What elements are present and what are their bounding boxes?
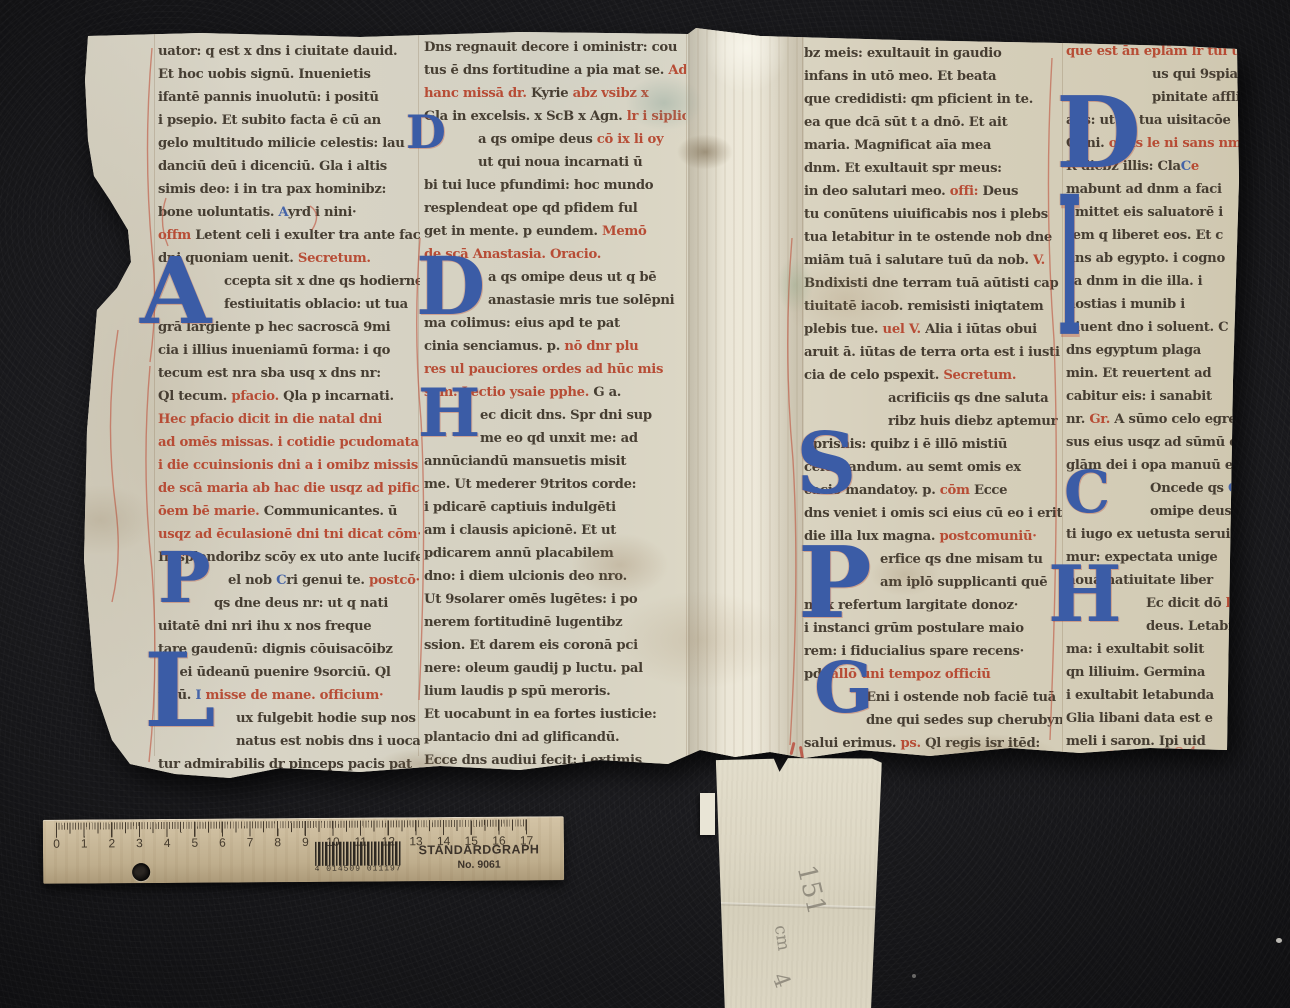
ruler-number: 8	[274, 835, 281, 849]
text-segment: me eo qd unxit me: ad	[480, 431, 638, 446]
manuscript-line: Glia libani data est e	[1066, 707, 1266, 730]
text-segment: us qui 9spias c	[1152, 67, 1257, 82]
manuscript-line: a qs omipe deus cō ix li oy	[424, 128, 686, 151]
manuscript-line: i psepio. Et subito facta ē cū an	[158, 109, 420, 132]
manuscript-line: ti iugo ex uetusta serui	[1066, 523, 1266, 546]
text-segment: tiuitatē iacob. remisisti iniqtatem	[804, 299, 1043, 314]
fold-gutter	[688, 28, 804, 762]
text-segment: sus eius usqz ad sūmū ei.	[1066, 435, 1251, 450]
text-segment: pfacio.	[231, 389, 283, 404]
text-segment: V.	[1251, 435, 1263, 450]
manuscript-line: i pdicarē captiuis indulgēti	[424, 496, 686, 519]
text-segment: simis deo: i in tra pax hominibz:	[158, 182, 386, 197]
text-segment: ti iugo ex uetusta serui	[1066, 527, 1230, 542]
text-segment: abz vsibz x	[573, 86, 649, 101]
manuscript-line: tu conūtens uiuificabis nos i plebs	[804, 203, 1062, 226]
text-segment: ri genui te.	[286, 573, 369, 588]
manuscript-line: cinia senciamus. p. nō dnr plu	[424, 335, 686, 358]
text-segment: i pdicarē captiuis indulgēti	[424, 500, 616, 515]
ruler-number: 3	[136, 836, 143, 850]
text-segment: bi tui luce pfundimi: hoc mundo	[424, 178, 653, 193]
text-segment: nere: oleum gaudij p luctu. pal	[424, 661, 643, 676]
barcode	[315, 841, 401, 866]
text-segment: que est ān eplām lr tui u	[1066, 44, 1241, 59]
text-segment: cōm	[940, 483, 974, 498]
text-segment: a qs omipe deus ut q bē	[488, 270, 656, 285]
text-segment: uiuent dno i soluent. C	[1066, 320, 1228, 335]
ruler-number: 7	[247, 835, 254, 849]
dust-speck	[912, 974, 916, 978]
manuscript-line: de scā maria ab hac die usqz ad pificat	[158, 477, 420, 500]
text-segment: V.	[1033, 253, 1045, 268]
text-segment: plantacio dni ad glificandū.	[424, 730, 619, 745]
text-segment: A	[278, 205, 287, 220]
manuscript-line: Ecce dns audiui fecit: i extimis	[424, 749, 686, 772]
manuscript-line: ut qui noua incarnati ū	[424, 151, 686, 174]
text-segment: Alia i iūtas obui	[925, 322, 1037, 337]
illuminated-initial: L	[144, 646, 216, 738]
manuscript-line: que credidisti: qm pficient in te.	[804, 88, 1062, 111]
text-segment: yrd i nini·	[288, 205, 357, 220]
text-segment: maria. Magnificat aīa mea	[804, 138, 991, 153]
column-ruling	[802, 34, 803, 756]
manuscript-line: nr. Gr. A sūmo celo egress	[1066, 408, 1266, 431]
text-segment: postcomuniū·	[939, 529, 1036, 544]
text-segment: e	[1191, 159, 1199, 174]
text-segment: natus est nobis dns i uocabi	[236, 734, 420, 749]
manuscript-line: acrificiis qs dne saluta	[804, 387, 1062, 410]
manuscript-line: am i clausis apicionē. Et ut	[424, 519, 686, 542]
manuscript-line: resplendeat ope qd pfidem ful	[424, 197, 686, 220]
illuminated-initial: A	[140, 250, 211, 333]
text-segment: acrificiis qs dne saluta	[888, 391, 1048, 406]
text-segment: C	[1181, 159, 1191, 174]
illuminated-initial: S	[796, 426, 857, 502]
manuscript-line: Dns regnauit decore i oministr: cou	[424, 36, 686, 59]
pencil-mark: 4	[767, 970, 795, 992]
manuscript-line: dns egyptum plaga	[1066, 339, 1266, 362]
text-segment: uel V.	[883, 322, 926, 337]
text-segment: uator: q est x dns i ciuitate dauid.	[158, 44, 397, 59]
text-segment: cinia senciamus. p.	[424, 339, 564, 354]
manuscript-line: infans in utō meo. Et beata	[804, 65, 1062, 88]
text-segment: Eni i ostende nob faciē tuā	[866, 690, 1056, 705]
text-segment: Hec pfacio dicit in die natal dni	[158, 412, 382, 427]
manuscript-line: i exultabit letabunda	[1066, 684, 1266, 707]
illuminated-initial: D	[406, 112, 446, 153]
text-segment: ma: i exultabit solit	[1066, 642, 1204, 657]
text-segment: ad omēs missas. i cotidie pcudomata	[158, 435, 419, 450]
text-segment: bz meis: exultauit in gaudio	[804, 46, 1001, 61]
manuscript-line: uiuent dno i soluent. C	[1066, 316, 1266, 339]
manuscript-line: tur admirabilis dr pinceps pacis pat	[158, 753, 420, 776]
text-segment: offi:	[950, 184, 983, 199]
text-segment: de scā maria ab hac die usqz ad pificat	[158, 481, 420, 496]
text-segment: C	[276, 573, 286, 588]
text-segment: tua letabitur in te ostende nob dne	[804, 230, 1052, 245]
text-segment: dne qui sedes sup cherubyn i	[866, 713, 1062, 728]
manuscript-line: Ql tecum. pfacio. Qla p incarnati.	[158, 385, 420, 408]
text-segment: ea que dcā sūt t a dnō. Et ait	[804, 115, 1007, 130]
text-segment: pinitate affligi	[1152, 90, 1254, 105]
ruler-number: 9	[302, 835, 309, 849]
illuminated-initial: I	[1058, 182, 1081, 355]
text-segment: el nob	[228, 573, 276, 588]
text-segment: cō ix li oy	[597, 132, 664, 147]
text-segment: in deo salutari meo.	[804, 184, 950, 199]
text-segment: ccepta sit x dne qs hodierne	[224, 274, 420, 289]
text-segment: Et hoc uobis signū. Inuenietis	[158, 67, 371, 82]
paper-tab	[700, 793, 715, 835]
manuscript-line: simis deo: i in tra pax hominibz:	[158, 178, 420, 201]
manuscript-line: gelo multitudo milicie celestis: lau	[158, 132, 420, 155]
text-segment: qn liliuim. Germina	[1066, 665, 1205, 680]
text-segment: postcō·	[369, 573, 420, 588]
manuscript-line: lium laudis p spū meroris.	[424, 680, 686, 703]
illuminated-initial: P	[798, 540, 872, 628]
text-segment: Gla in excelsis. x ScB x Agn.	[424, 109, 627, 124]
text-segment: hanc missā dr.	[424, 86, 531, 101]
text-segment: Ql tecum.	[158, 389, 231, 404]
manuscript-line: maria. Magnificat aīa mea	[804, 134, 1062, 157]
text-segment: ifantē pannis inuolutū: i positū	[158, 90, 379, 105]
text-segment: cia i illius inueniamū forma: i qo	[158, 343, 390, 358]
manuscript-line: uator: q est x dns i ciuitate dauid.	[158, 40, 420, 63]
ruler-number: 6	[219, 836, 226, 850]
text-segment: tecum est nra sba usq x dns nr:	[158, 366, 381, 381]
manuscript-line: plebis tue. uel V. Alia i iūtas obui	[804, 318, 1062, 341]
manuscript-line: dnm. Et exultauit spr meus:	[804, 157, 1062, 180]
text-segment: Gr.	[1089, 412, 1114, 427]
manuscript-line: ad omēs missas. i cotidie pcudomata	[158, 431, 420, 454]
manuscript-line: miām tuā i salutare tuū da nob. V.	[804, 249, 1062, 272]
manuscript-line: i die ccuinsionis dni a i omibz missis	[158, 454, 420, 477]
text-segment: aruit ā. iūtas de terra orta est i iusti	[804, 345, 1060, 360]
text-segment: misse de mane. officium·	[201, 688, 383, 703]
illuminated-initial: G	[814, 656, 874, 719]
text-segment: a qs omipe deus	[478, 132, 597, 147]
text-segment: get in mente. p eundem.	[424, 224, 602, 239]
text-segment: tus ē dns fortitudine a pia mat se.	[424, 63, 668, 78]
text-segment: Ad	[668, 63, 686, 78]
barcode-digits: 4 014509 011197	[307, 864, 409, 874]
text-segment: Secretum.	[943, 368, 1016, 383]
text-segment: pdicarem annū placabilem	[424, 546, 614, 561]
text-segment: ssion. Et darem eis coronā pci	[424, 638, 638, 653]
manuscript-line: in deo salutari meo. offi: Deus	[804, 180, 1062, 203]
text-segment: ut qui noua incarnati ū	[478, 155, 642, 170]
text-segment: dnm. Et exultauit spr meus:	[804, 161, 1002, 176]
text-segment: Et uocabunt in ea fortes iusticie:	[424, 707, 657, 722]
text-segment: G a.	[593, 385, 621, 400]
manuscript-line: cia de celo pspexit. Secretum.	[804, 364, 1062, 387]
manuscript-line: nere: oleum gaudij p luctu. pal	[424, 657, 686, 680]
manuscript-line: ma: i exultabit solit	[1066, 638, 1266, 661]
text-segment: am iplō supplicanti quē	[880, 575, 1047, 590]
text-segment: Deus	[983, 184, 1019, 199]
illuminated-initial: H	[418, 384, 480, 443]
text-segment: Secretum.	[298, 251, 371, 266]
illuminated-initial: P	[158, 546, 211, 609]
text-segment: rem q liberet eos. Et c	[1066, 228, 1223, 243]
text-segment: dno: i diem ulcionis deo nro.	[424, 569, 627, 584]
text-segment: Memō	[602, 224, 647, 239]
text-segment: Ecce dns audiui fecit: i extimis	[424, 753, 642, 768]
manuscript-line: bone uoluntatis. Ayrd i nini·	[158, 201, 420, 224]
manuscript-line: tus ē dns fortitudine a pia mat se. Ad	[424, 59, 686, 82]
photograph-stage: uator: q est x dns i ciuitate dauid.Et h…	[0, 0, 1290, 1008]
text-segment: i mittet eis saluatorē i	[1066, 205, 1223, 220]
illuminated-initial: H	[1048, 560, 1122, 630]
text-segment: miām tuā i salutare tuū da nob.	[804, 253, 1033, 268]
manuscript-line: min. Et reuertent ad	[1066, 362, 1266, 385]
manuscript-line: dns ab egypto. i cogno	[1066, 247, 1266, 270]
text-segment: festiuitatis oblacio: ut tua	[224, 297, 408, 312]
manuscript-line: Ut 9solarer omēs lugētes: i po	[424, 588, 686, 611]
text-segment: Bndixisti dne terram tuā aūtisti cap	[804, 276, 1058, 291]
text-segment: Co	[1228, 481, 1247, 496]
manuscript-line: Hec pfacio dicit in die natal dni	[158, 408, 420, 431]
text-segment: Qla p incarnati.	[283, 389, 394, 404]
text-segment: nerem fortitudinē lugentibz	[424, 615, 622, 630]
manuscript-line: Gla in excelsis. x ScB x Agn. lr i sipli…	[424, 105, 686, 128]
manuscript-line: ssion. Et darem eis coronā pci	[424, 634, 686, 657]
manuscript-line: me. Ut mederer 9tritos corde:	[424, 473, 686, 496]
text-segment: dns egyptum plaga	[1066, 343, 1201, 358]
manuscript-line: danciū deū i dicenciū. Gla i altis	[158, 155, 420, 178]
manuscript-line: ca dnm in die illa. i	[1066, 270, 1266, 293]
manuscript-line: tua letabitur in te ostende nob dne	[804, 226, 1062, 249]
ruler-number: 0	[53, 837, 60, 851]
text-segment: Letent celi i exulter tra ante facien	[195, 228, 420, 243]
text-segment: Kyrie	[531, 86, 573, 101]
manuscript-line: qn liliuim. Germina	[1066, 661, 1266, 684]
text-segment: Ut 9solarer omēs lugētes: i po	[424, 592, 637, 607]
text-segment: ps.	[900, 736, 925, 751]
manuscript-line: sus eius usqz ad sūmū ei. V.	[1066, 431, 1266, 454]
manuscript-line: hostias i munib i	[1066, 293, 1266, 316]
manuscript-line: annūciandū mansuetis misit	[424, 450, 686, 473]
text-segment: lr i siplici	[627, 109, 686, 124]
pencil-mark: 151	[791, 862, 832, 917]
manuscript-line: ōem bē marie. Communicantes. ū	[158, 500, 420, 523]
manuscript-line: tecum est nra sba usq x dns nr:	[158, 362, 420, 385]
text-segment: lium laudis p spū meroris.	[424, 684, 610, 699]
ruler-number: 2	[108, 836, 115, 850]
manuscript-line: que est ān eplām lr tui u	[1066, 40, 1266, 63]
manuscript-line: ifantē pannis inuolutū: i positū	[158, 86, 420, 109]
text-segment: ux fulgebit hodie sup nos qa	[236, 711, 420, 726]
text-segment: bone uoluntatis.	[158, 205, 278, 220]
ruler-number: 1	[81, 837, 88, 851]
text-segment: me. Ut mederer 9tritos corde:	[424, 477, 636, 492]
text-segment: gelo multitudo milicie celestis: lau	[158, 136, 405, 151]
ruler-number: 5	[191, 836, 198, 850]
manuscript-line: dno: i diem ulcionis deo nro.	[424, 565, 686, 588]
text-segment: que credidisti: qm pficient in te.	[804, 92, 1033, 107]
text-segment: le	[1226, 596, 1239, 611]
text-segment: ec dicit dns. Spr dni sup	[480, 408, 652, 423]
manuscript-line: aruit ā. iūtas de terra orta est i iusti	[804, 341, 1062, 364]
text-segment: nō dnr plu	[564, 339, 638, 354]
text-segment: Dns regnauit decore i oministr: cou	[424, 40, 677, 55]
illuminated-initial: C	[1064, 466, 1110, 518]
manuscript-line: meli i saron. Ipi uid	[1066, 730, 1266, 753]
text-segment: tur admirabilis dr pinceps pacis pat	[158, 757, 412, 772]
manuscript-line: nerem fortitudinē lugentibz	[424, 611, 686, 634]
text-segment: deus. Letabit	[1146, 619, 1239, 634]
ruler-number: 4	[164, 836, 171, 850]
text-segment: cabitur eis: i sanabit	[1066, 389, 1212, 404]
text-segment: i psepio. Et subito facta ē cū an	[158, 113, 381, 128]
manuscript-line: Et hoc uobis signū. Inuenietis	[158, 63, 420, 86]
text-segment: anastasie mris tue solēpni	[488, 293, 674, 308]
text-segment: i die ccuinsionis dni a i omibz missis	[158, 458, 418, 473]
manuscript-line: Bndixisti dne terram tuā aūtisti cap	[804, 272, 1062, 295]
manuscript-line: pdicarem annū placabilem	[424, 542, 686, 565]
text-segment: i exultabit letabunda	[1066, 688, 1214, 703]
text-segment: ōem bē marie.	[158, 504, 264, 519]
manuscript-line: bi tui luce pfundimi: hoc mundo	[424, 174, 686, 197]
column-ruling	[686, 34, 687, 756]
text-segment: danciū deū i dicenciū. Gla i altis	[158, 159, 387, 174]
manuscript-line: tiuitatē iacob. remisisti iniqtatem	[804, 295, 1062, 318]
text-segment: am i clausis apicionē. Et ut	[424, 523, 616, 538]
ruler-brand: STANDARDGRAPH	[415, 842, 543, 857]
text-segment: plebis tue.	[804, 322, 883, 337]
text-segment: Oncede qs	[1150, 481, 1228, 496]
text-segment: A sūmo celo egress	[1114, 412, 1250, 427]
ruler-hanging-hole	[132, 863, 150, 881]
text-segment: Ql regis isr itēd:	[925, 736, 1040, 751]
manuscript-line: hanc missā dr. Kyrie abz vsibz x	[424, 82, 686, 105]
text-segment: cia de celo pspexit.	[804, 368, 943, 383]
manuscript-line: ea que dcā sūt t a dnō. Et ait	[804, 111, 1062, 134]
ruler-brand-block: STANDARDGRAPH No. 9061	[415, 842, 543, 871]
manuscript-line: salui erimus. ps. Ql regis isr itēd:	[804, 732, 1062, 755]
illuminated-initial: D	[416, 250, 485, 322]
paper-slip: 151cm4	[705, 754, 884, 1008]
ruler: 01234567891011121314151617 4 014509 0111…	[43, 816, 564, 884]
text-segment: salui erimus.	[804, 736, 900, 751]
ruler-model: No. 9061	[415, 858, 543, 871]
text-segment: Glia libani data est e	[1066, 711, 1213, 726]
pencil-mark: cm	[770, 924, 794, 952]
text-segment: infans in utō meo. Et beata	[804, 69, 996, 84]
text-segment: qs dne deus nr: ut q nati	[214, 596, 388, 611]
slip-crease	[708, 902, 880, 910]
text-segment: dns ab egypto. i cogno	[1066, 251, 1225, 266]
manuscript-line: rem q liberet eos. Et c	[1066, 224, 1266, 247]
text-segment: omipe deus. ut	[1150, 504, 1255, 519]
manuscript-line: i mittet eis saluatorē i	[1066, 201, 1266, 224]
dust-speck	[1276, 938, 1282, 943]
text-segment: ca dnm in die illa. i	[1066, 274, 1202, 289]
text-segment: hostias i munib i	[1066, 297, 1185, 312]
text-segment: min. Et reuertent ad	[1066, 366, 1211, 381]
shelfmark-annotation: 2207#24	[1106, 744, 1200, 769]
manuscript-line: bz meis: exultauit in gaudio	[804, 42, 1062, 65]
text-segment: resplendeat ope qd pfidem ful	[424, 201, 637, 216]
text-segment: nr.	[1066, 412, 1089, 427]
text-segment: Communicantes. ū	[264, 504, 397, 519]
text-segment: annūciandū mansuetis misit	[424, 454, 626, 469]
text-segment: Ec dicit dō	[1146, 596, 1226, 611]
text-segment: tu conūtens uiuificabis nos i plebs	[804, 207, 1048, 222]
manuscript-line: cabitur eis: i sanabit	[1066, 385, 1266, 408]
manuscript-line: plantacio dni ad glificandū.	[424, 726, 686, 749]
text-segment: erfice qs dne misam tu	[880, 552, 1043, 567]
text-segment: ribz huis diebz aptemur	[888, 414, 1057, 429]
manuscript-line: Et uocabunt in ea fortes iusticie:	[424, 703, 686, 726]
text-segment: Ecce	[974, 483, 1007, 498]
